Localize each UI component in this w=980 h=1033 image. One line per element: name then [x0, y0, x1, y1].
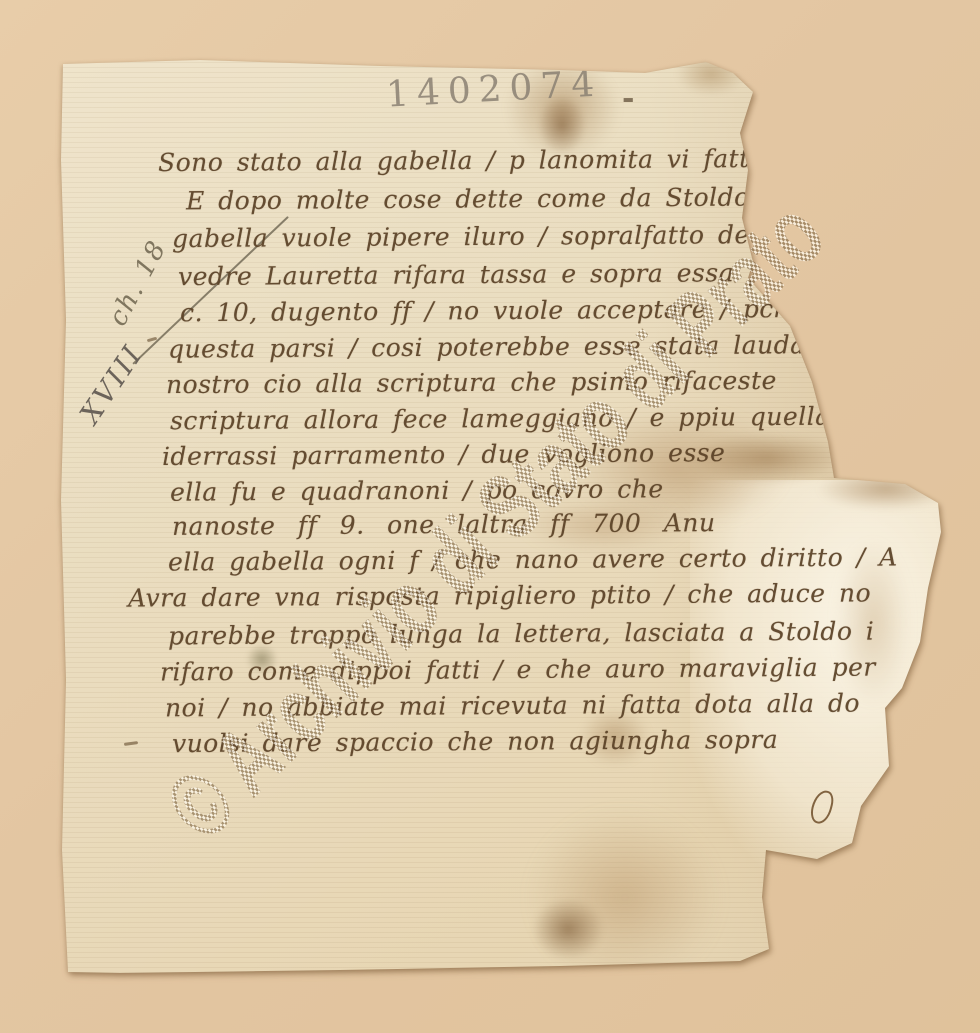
handwritten-line: ella gabella ogni f / che nano avere cer… [168, 544, 898, 574]
manuscript-scan: 1402074 - ch. 18 XVIII Sono stato alla g… [0, 0, 980, 1033]
handwritten-line: gabella vuole pipere iluro / sopralfatto… [172, 222, 782, 251]
handwritten-line: rifaro come dippoi fatti / e che auro ma… [160, 655, 876, 685]
handwritten-line: E dopo molte cose dette come da Stoldo a… [186, 184, 883, 214]
handwritten-line: questa parsi / cosi poterebbe esse stata… [168, 331, 930, 361]
handwritten-line: iderrassi parramento / due vogliono esse [162, 440, 726, 469]
handwritten-line: c. 10, dugento ff / no vuole acceptare /… [180, 296, 828, 326]
handwritten-line: vedre Lauretta rifara tassa e sopra essa… [178, 260, 780, 289]
archive-number-dash: - [622, 84, 634, 114]
handwritten-line: scriptura allora fece lameggiano / e ppi… [170, 404, 831, 434]
handwritten-line: Avra dare vna risposta ripigliero ptito … [128, 580, 871, 610]
paper-shadow-wrap: 1402074 - ch. 18 XVIII Sono stato alla g… [0, 0, 980, 1033]
handwritten-line: vuolsi dare spaccio che non agiungha sop… [172, 727, 778, 756]
handwritten-line: Sono stato alla gabella / p lanomita vi … [158, 146, 765, 175]
handwritten-line: ella fu e quadranoni / po covro che [170, 476, 664, 504]
handwritten-line: parebbe troppo lunga la lettera, lasciat… [168, 619, 875, 649]
manuscript-paper: 1402074 - ch. 18 XVIII Sono stato alla g… [0, 0, 980, 1033]
handwritten-line: nostro cio alla scriptura che psimo rifa… [166, 368, 777, 397]
handwritten-line: noi / no abbiate mai ricevuta ni fatta d… [165, 691, 860, 721]
handwritten-line: nanoste ff 9. one laltra ff 700 Anu [172, 510, 716, 539]
